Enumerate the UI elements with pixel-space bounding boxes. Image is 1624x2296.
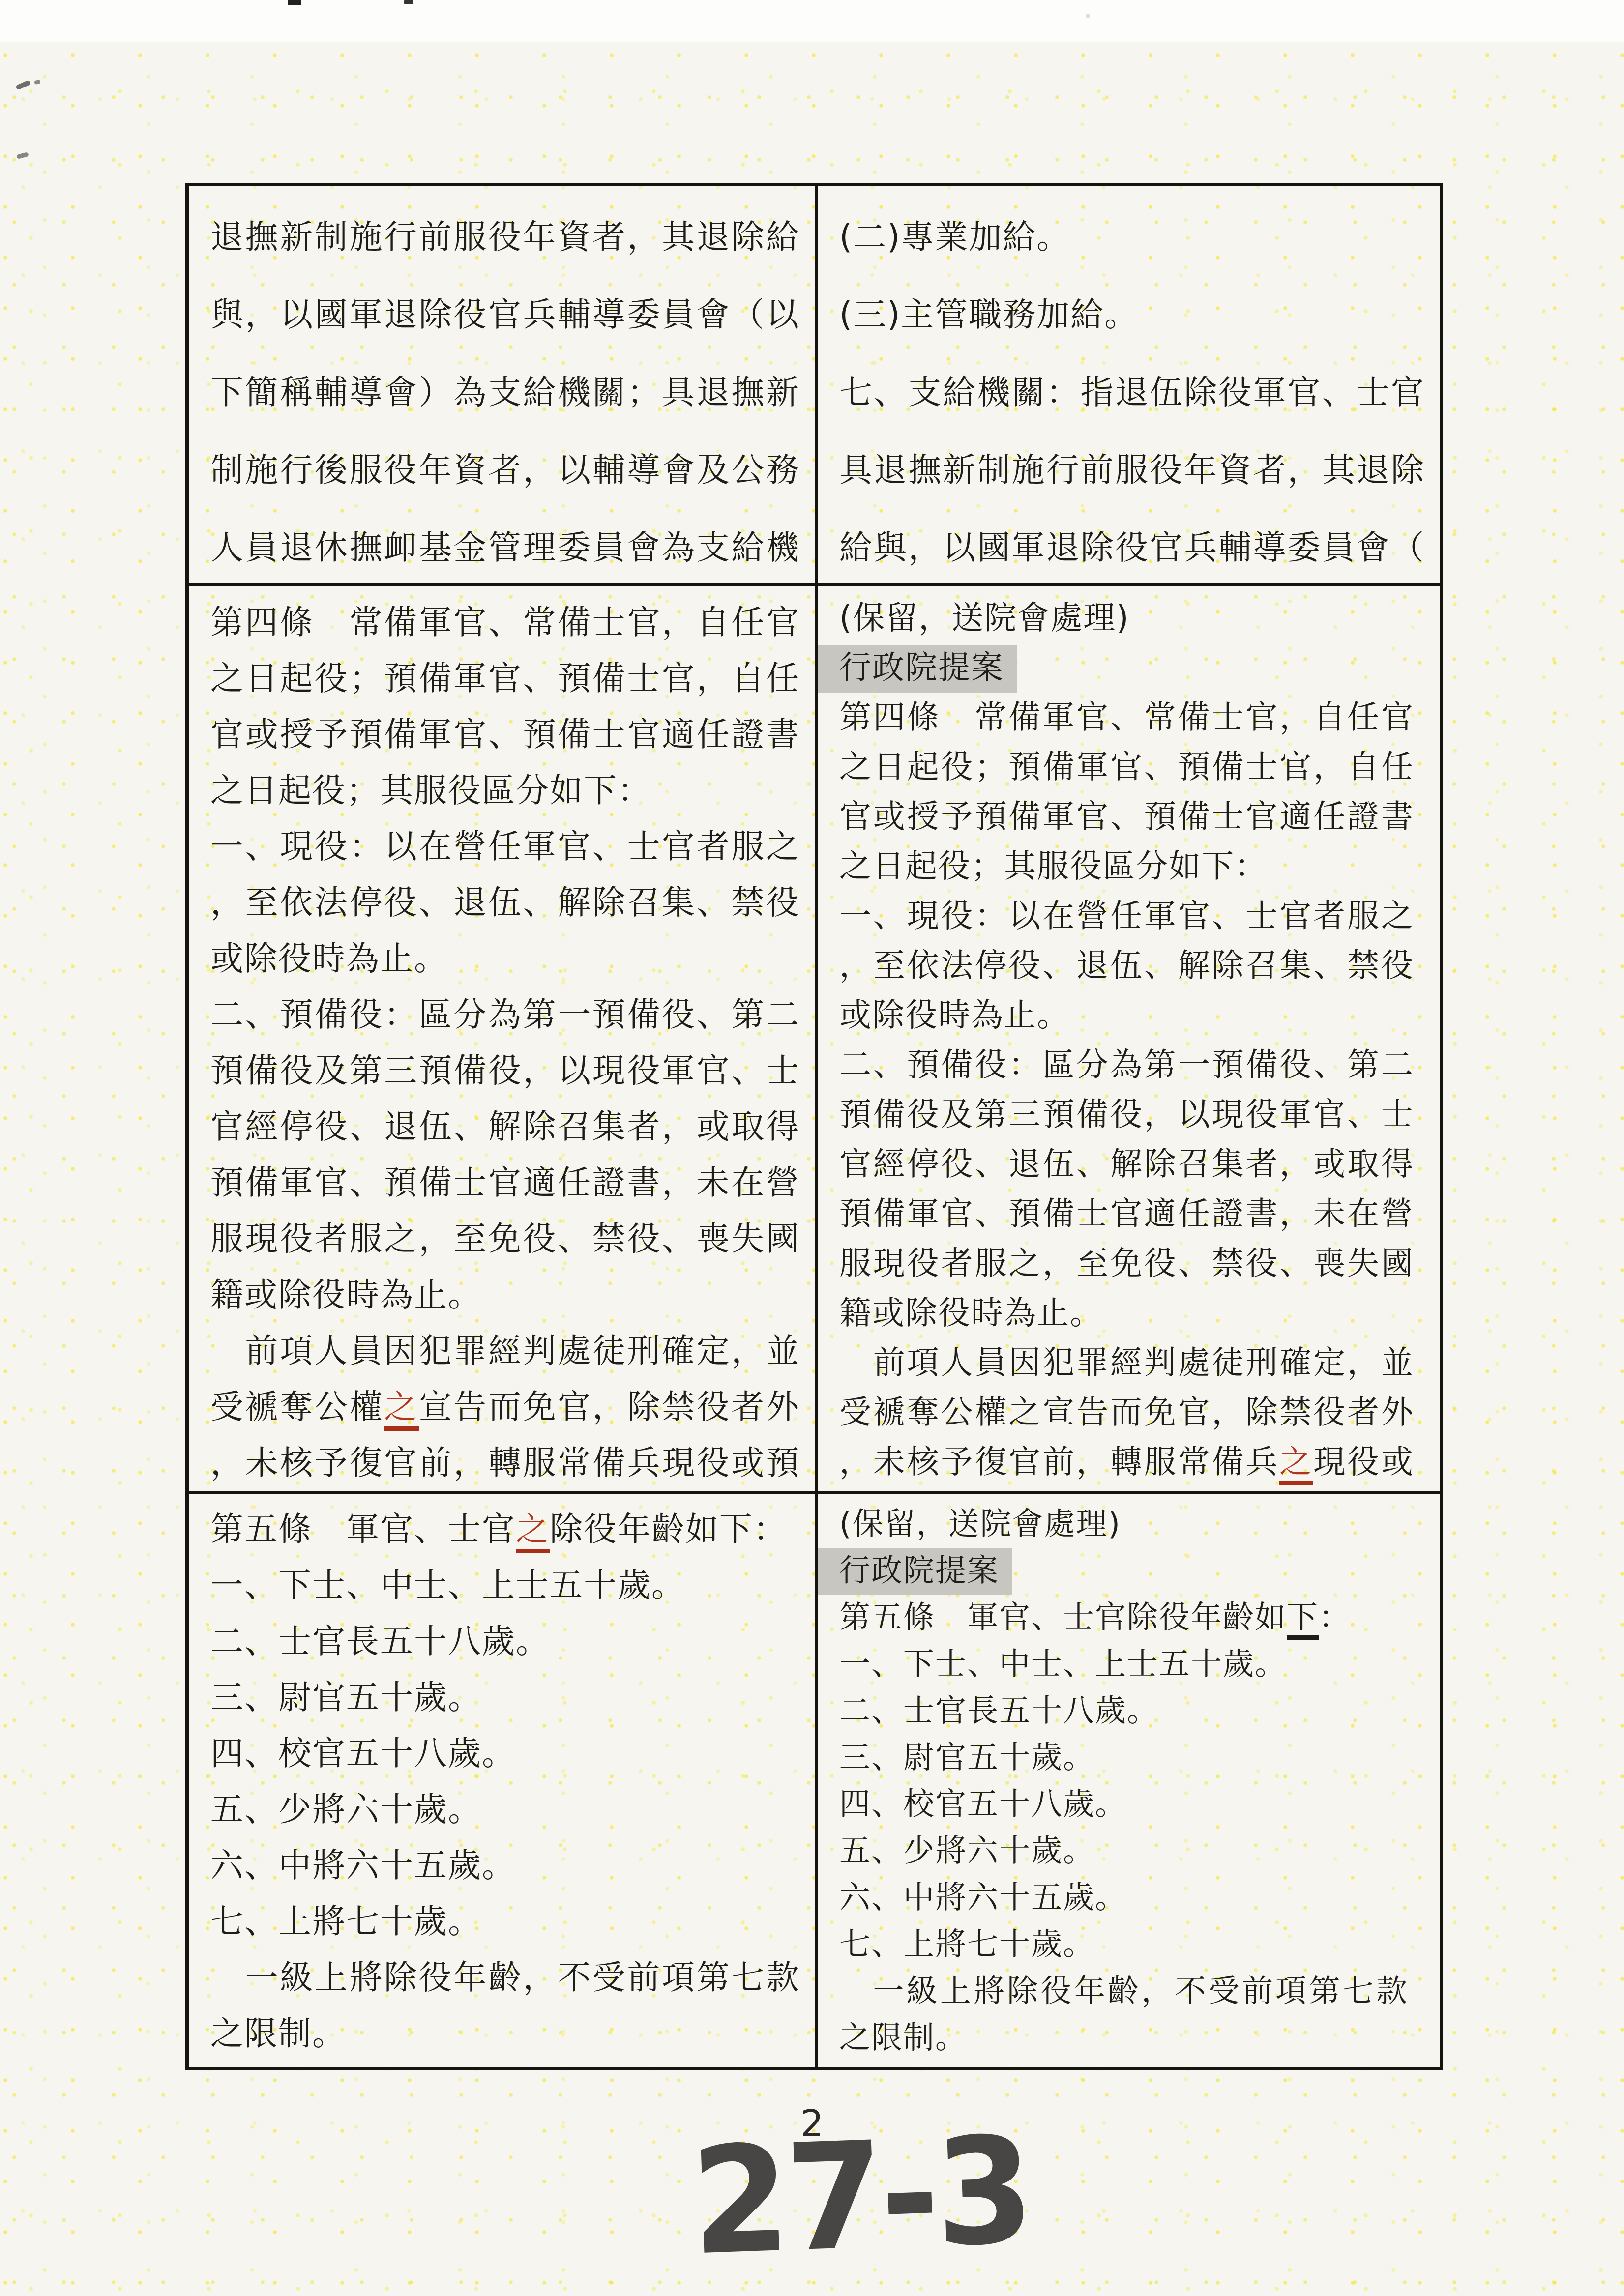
text-segment: 一級上將除役年齡，不受前項第七款之限制。 <box>210 1958 800 2053</box>
law-text-paragraph: (保留，送院會處理) <box>839 593 1414 643</box>
text-segment: 一、現役：以在營任軍官、士官者服之，至依法停役、退伍、解除召集、禁役或除役時為止… <box>839 898 1414 1034</box>
text-segment: 退撫新制施行前服役年資者，其退除給與，以國軍退除役官兵輔導委員會（以下簡稱輔導會… <box>210 218 800 586</box>
text-segment: 一、現役：以在營任軍官、士官者服之，至依法停役、退伍、解除召集、禁役或除役時為止… <box>210 827 800 978</box>
text-segment: 四、校官五十八歲。 <box>210 1734 516 1773</box>
text-segment: 一、下士、中士、上士五十歲。 <box>210 1566 685 1604</box>
text-segment: (保留，送院會處理) <box>839 600 1130 637</box>
text-segment: 第五條 軍官、士官除役年齡如 <box>839 1599 1287 1635</box>
table-cell-row1-committee-text: 退撫新制施行前服役年資者，其退除給與，以國軍退除役官兵輔導委員會（以下簡稱輔導會… <box>189 186 818 586</box>
text-segment: 二、預備役：區分為第一預備役、第二預備役及第三預備役，以現役軍官、士官經停役、退… <box>210 995 800 1314</box>
law-text-paragraph: 行政院提案 <box>839 643 1414 693</box>
handwritten-annotation: 27-3 <box>688 2105 1033 2288</box>
law-text-paragraph: 五、少將六十歲。 <box>210 1781 800 1837</box>
text-segment: (二)專業加給。 <box>839 218 1070 256</box>
table-cell-row2-article4-committee: 第四條 常備軍官、常備士官，自任官之日起役；預備軍官、預備士官，自任官或授予預備… <box>189 586 818 1494</box>
law-text-paragraph: 三、尉官五十歲。 <box>839 1734 1408 1780</box>
law-text-paragraph: (三)主管職務加給。 <box>839 276 1425 353</box>
law-text-paragraph: 一、現役：以在營任軍官、士官者服之，至依法停役、退伍、解除召集、禁役或除役時為止… <box>839 891 1414 1040</box>
table-cell-row1-proposal-text: (二)專業加給。(三)主管職務加給。七、支給機關：指退伍除役軍官、士官具退撫新制… <box>818 186 1440 586</box>
scan-speck <box>34 80 40 85</box>
text-segment: 第五條 軍官、士官 <box>210 1510 516 1548</box>
law-text-paragraph: 七、支給機關：指退伍除役軍官、士官具退撫新制施行前服役年資者，其退除給與，以國軍… <box>839 353 1425 586</box>
law-text-paragraph: 五、少將六十歲。 <box>839 1827 1408 1874</box>
law-text-paragraph: 一級上將除役年齡，不受前項第七款之限制。 <box>210 1949 800 2062</box>
law-comparison-table: 退撫新制施行前服役年資者，其退除給與，以國軍退除役官兵輔導委員會（以下簡稱輔導會… <box>185 183 1443 2070</box>
text-segment: 一級上將除役年齡，不受前項第七款之限制。 <box>839 1973 1408 2055</box>
text-segment: 二、士官長五十八歲。 <box>210 1622 550 1660</box>
law-text-paragraph: 二、預備役：區分為第一預備役、第二預備役及第三預備役，以現役軍官、士官經停役、退… <box>210 987 800 1323</box>
text-segment: 一、下士、中士、上士五十歲。 <box>839 1646 1287 1682</box>
text-segment: 七、支給機關：指退伍除役軍官、士官具退撫新制施行前服役年資者，其退除給與，以國軍… <box>839 373 1425 586</box>
text-segment: 三、尉官五十歲。 <box>210 1678 482 1716</box>
law-text-paragraph: 前項人員因犯罪經判處徒刑確定，並受褫奪公權之宣告而免官，除禁役者外，未核予復官前… <box>839 1338 1414 1494</box>
law-text-paragraph: 七、上將七十歲。 <box>210 1893 800 1949</box>
text-segment: 五、少將六十歲。 <box>839 1832 1095 1868</box>
table-cell-row2-article4-proposal: (保留，送院會處理)行政院提案第四條 常備軍官、常備士官，自任官之日起役；預備軍… <box>818 586 1440 1494</box>
text-segment: 三、尉官五十歲。 <box>839 1739 1095 1775</box>
law-text-paragraph: 三、尉官五十歲。 <box>210 1669 800 1725</box>
law-text-paragraph: 六、中將六十五歲。 <box>839 1874 1408 1920</box>
scan-speck <box>288 0 301 5</box>
text-segment: 二、士官長五十八歲。 <box>839 1692 1159 1728</box>
text-segment: ： <box>1319 1599 1351 1635</box>
text-segment: 五、少將六十歲。 <box>210 1790 482 1829</box>
law-text-paragraph: 前項人員因犯罪經判處徒刑確定，並受褫奪公權之宣告而免官，除禁役者外，未核予復官前… <box>210 1323 800 1494</box>
law-text-paragraph: 二、士官長五十八歲。 <box>210 1613 800 1669</box>
underlined-character: 下 <box>1287 1599 1319 1640</box>
text-segment: (三)主管職務加給。 <box>839 295 1138 334</box>
text-segment: 第四條 常備軍官、常備士官，自任官之日起役；預備軍官、預備士官，自任官或授予預備… <box>210 603 800 810</box>
law-text-paragraph: 第四條 常備軍官、常備士官，自任官之日起役；預備軍官、預備士官，自任官或授予預備… <box>210 594 800 818</box>
text-segment: (保留，送院會處理) <box>839 1506 1121 1541</box>
law-text-paragraph: 二、預備役：區分為第一預備役、第二預備役及第三預備役，以現役軍官、士官經停役、退… <box>839 1040 1414 1338</box>
text-segment: 六、中將六十五歲。 <box>210 1846 516 1885</box>
red-revision-character: 之 <box>384 1388 419 1431</box>
scanned-document-page: { "page": { "number": "2", "handwritten_… <box>0 0 1624 2296</box>
highlighted-label: 行政院提案 <box>818 645 1017 693</box>
law-text-paragraph: 第五條 軍官、士官除役年齡如下： <box>839 1594 1408 1640</box>
text-segment: 六、中將六十五歲。 <box>839 1879 1127 1915</box>
highlighted-label: 行政院提案 <box>818 1548 1012 1595</box>
law-text-paragraph: 六、中將六十五歲。 <box>210 1837 800 1893</box>
law-text-paragraph: (保留，送院會處理) <box>839 1500 1408 1547</box>
scan-speck <box>404 0 413 4</box>
law-text-paragraph: 四、校官五十八歲。 <box>839 1780 1408 1827</box>
law-text-paragraph: (二)專業加給。 <box>839 198 1425 276</box>
text-segment: 除役年齡如下： <box>550 1510 787 1548</box>
law-text-paragraph: 一級上將除役年齡，不受前項第七款之限制。 <box>839 1967 1408 2061</box>
text-segment: 七、上將七十歲。 <box>839 1926 1095 1962</box>
law-text-paragraph: 第四條 常備軍官、常備士官，自任官之日起役；預備軍官、預備士官，自任官或授予預備… <box>839 693 1414 891</box>
table-cell-row3-article5-proposal: (保留，送院會處理)行政院提案第五條 軍官、士官除役年齡如下：一、下士、中士、上… <box>818 1494 1440 2067</box>
law-text-paragraph: 一、下士、中士、上士五十歲。 <box>210 1557 800 1613</box>
table-cell-row3-article5-committee: 第五條 軍官、士官之除役年齡如下：一、下士、中士、上士五十歲。二、士官長五十八歲… <box>189 1494 818 2067</box>
red-revision-character: 之 <box>1279 1444 1313 1485</box>
scan-speck <box>16 152 29 159</box>
text-segment: 四、校官五十八歲。 <box>839 1786 1127 1822</box>
red-revision-character: 之 <box>516 1510 550 1553</box>
law-text-paragraph: 七、上將七十歲。 <box>839 1920 1408 1967</box>
law-text-paragraph: 二、士官長五十八歲。 <box>839 1687 1408 1734</box>
text-segment: 二、預備役：區分為第一預備役、第二預備役及第三預備役，以現役軍官、士官經停役、退… <box>839 1046 1414 1332</box>
text-segment: 七、上將七十歲。 <box>210 1902 482 1941</box>
scan-edge-strip <box>0 0 1624 42</box>
scan-speck <box>15 80 30 90</box>
law-text-paragraph: 一、現役：以在營任軍官、士官者服之，至依法停役、退伍、解除召集、禁役或除役時為止… <box>210 818 800 987</box>
scan-speck <box>1086 14 1090 18</box>
text-segment: 第四條 常備軍官、常備士官，自任官之日起役；預備軍官、預備士官，自任官或授予預備… <box>839 699 1414 885</box>
law-text-paragraph: 行政院提案 <box>839 1547 1408 1594</box>
law-text-paragraph: 一、下士、中士、上士五十歲。 <box>839 1640 1408 1687</box>
law-text-paragraph: 退撫新制施行前服役年資者，其退除給與，以國軍退除役官兵輔導委員會（以下簡稱輔導會… <box>210 198 800 586</box>
law-text-paragraph: 四、校官五十八歲。 <box>210 1725 800 1781</box>
law-text-paragraph: 第五條 軍官、士官之除役年齡如下： <box>210 1501 800 1557</box>
